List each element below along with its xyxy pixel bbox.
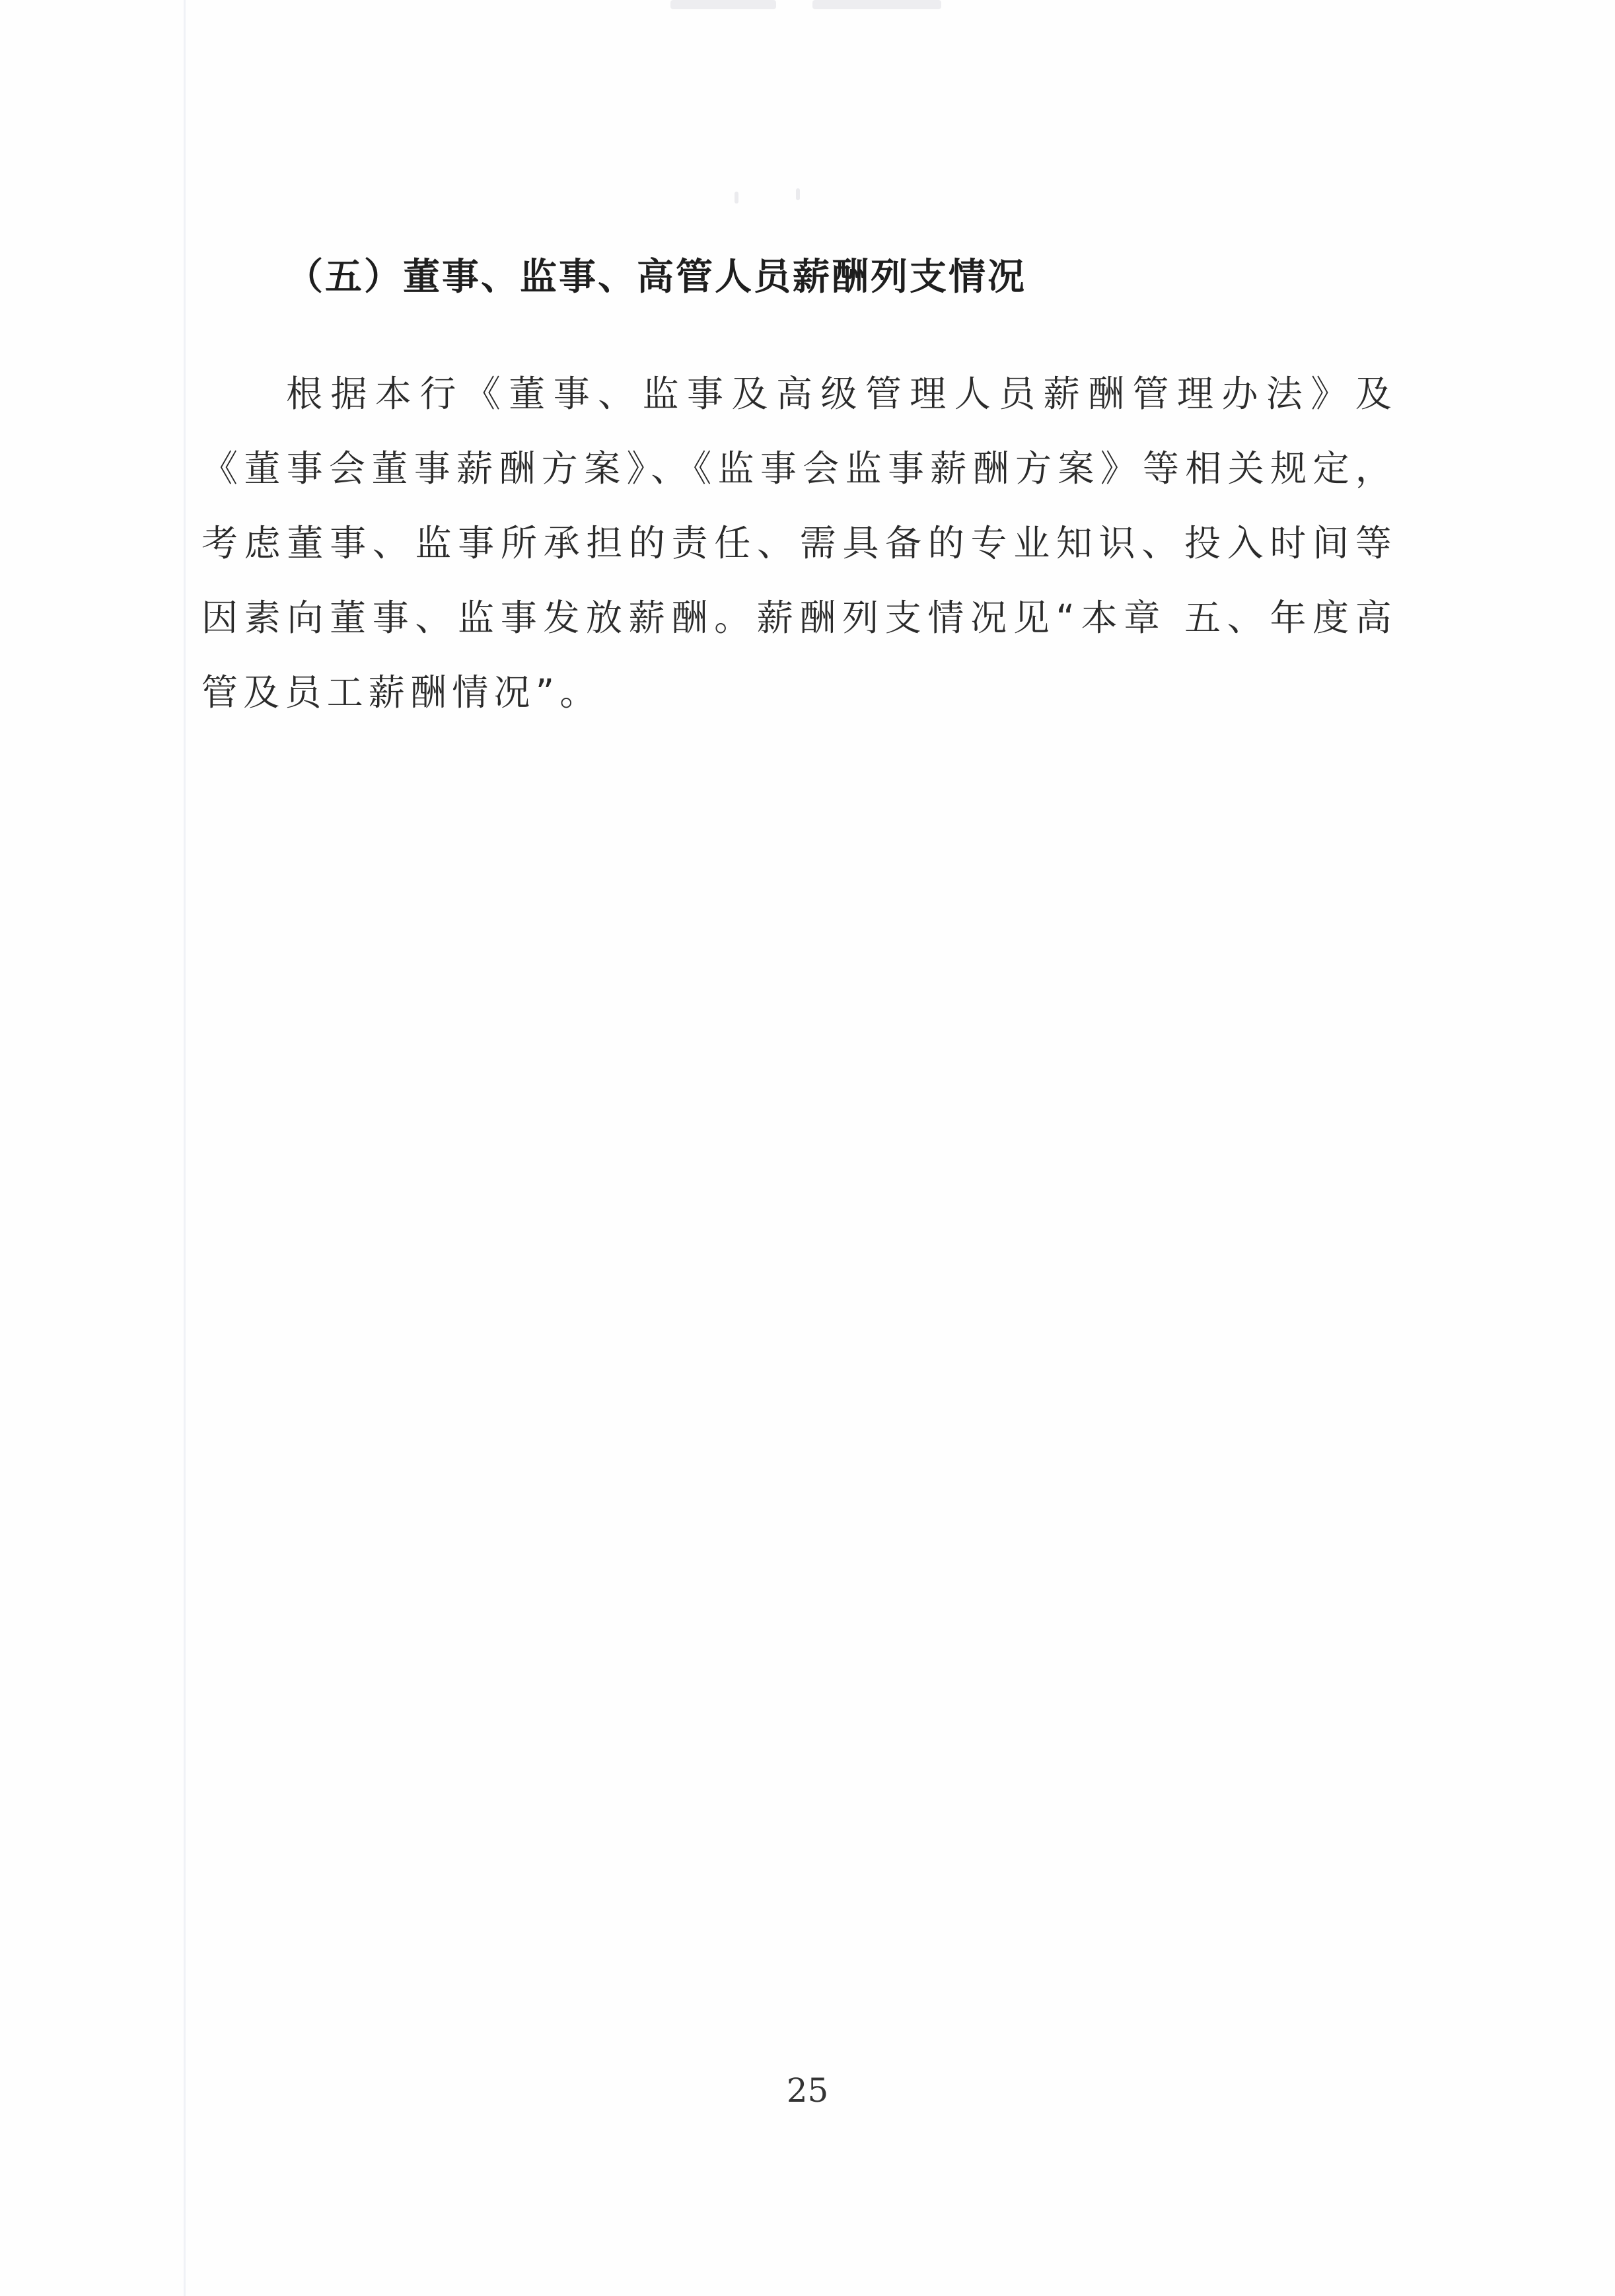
body-paragraph: 根据本行《董事、监事及高级管理人员薪酬管理办法》及《董事会董事薪酬方案》、《监事…: [201, 357, 1397, 730]
section-heading: （五）董事、监事、高管人员薪酬列支情况: [286, 252, 1026, 303]
bleed-through-mark: [670, 0, 776, 9]
scan-speck: [796, 188, 800, 200]
document-page: （五）董事、监事、高管人员薪酬列支情况 根据本行《董事、监事及高级管理人员薪酬管…: [0, 0, 1615, 2296]
page-number: 25: [0, 2071, 1615, 2110]
bleed-through-mark: [812, 0, 941, 9]
scan-speck: [735, 192, 738, 204]
scan-edge-shadow: [184, 0, 186, 2296]
